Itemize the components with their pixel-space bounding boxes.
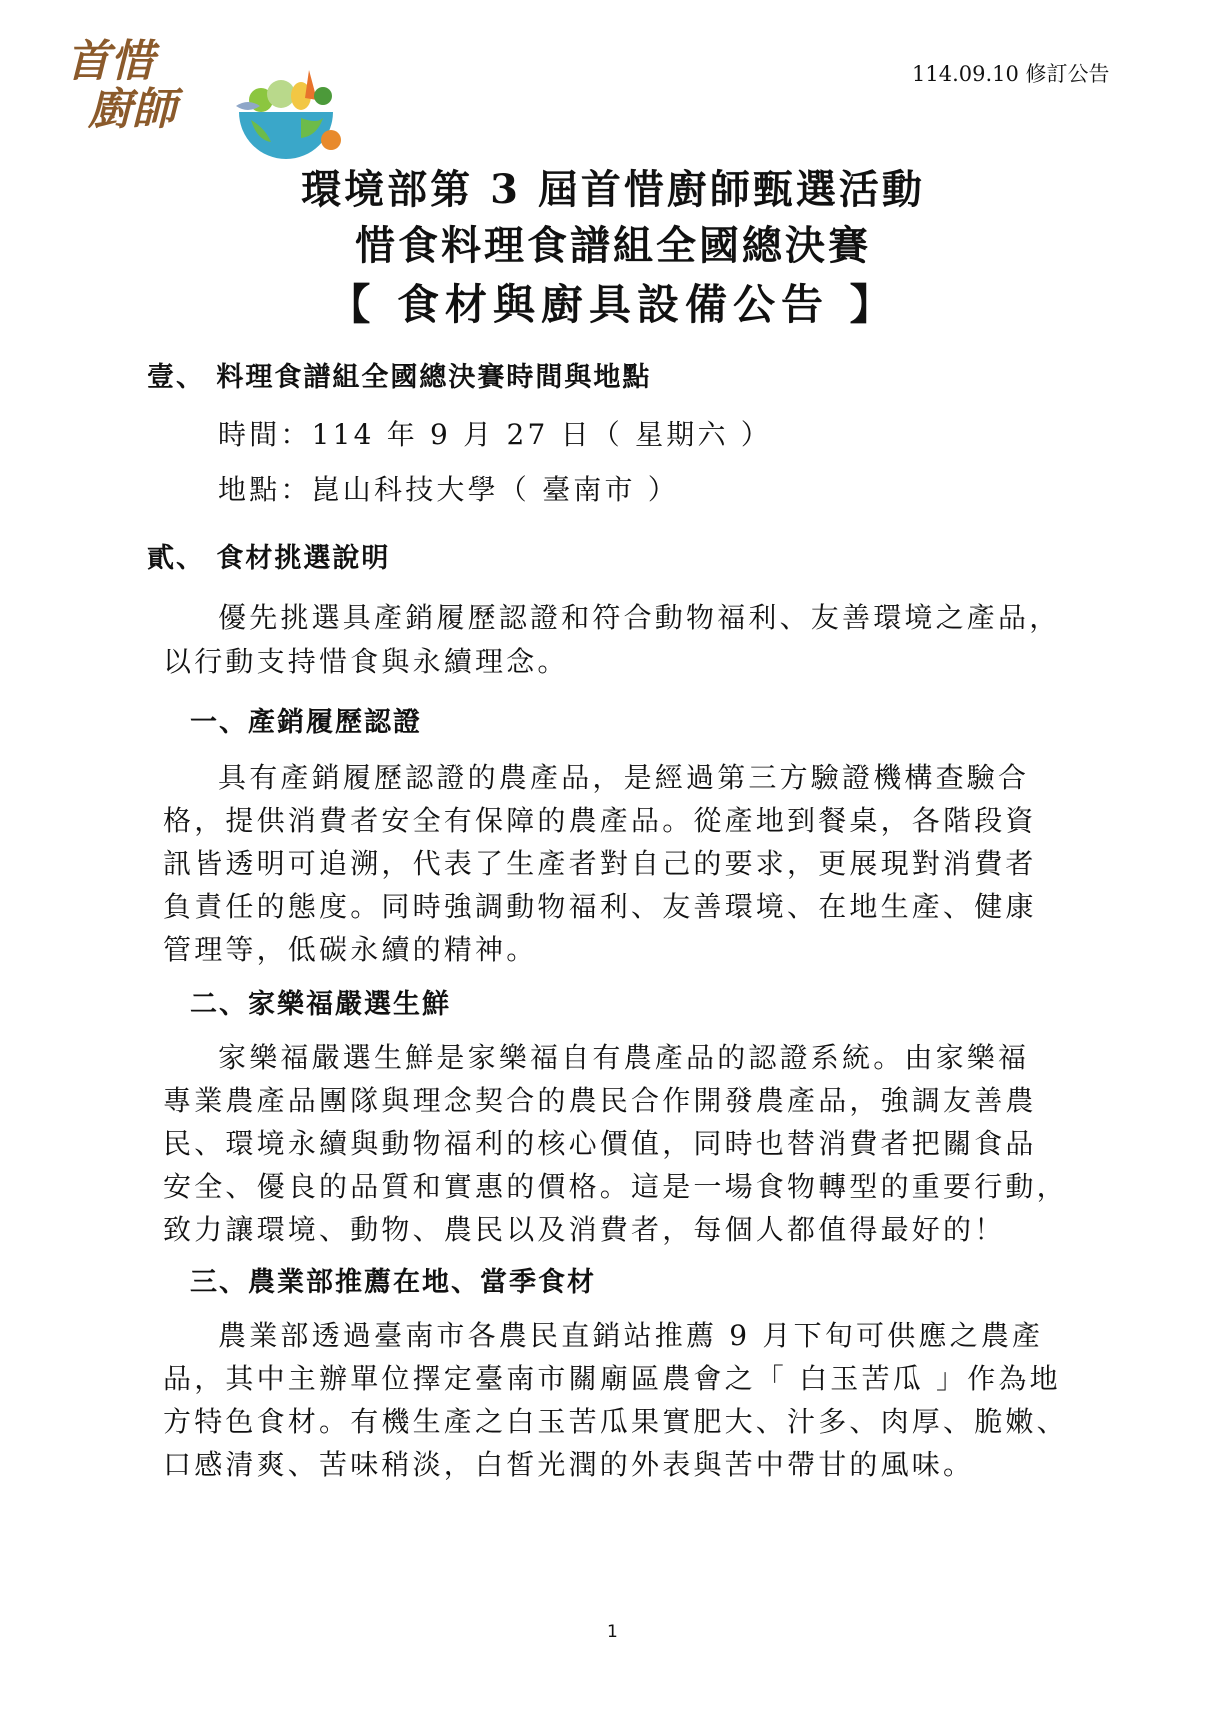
paragraph-line: 品，其中主辦單位擇定臺南市關廟區農會之「 白玉苦瓜 」作為地 (163, 1357, 1061, 1397)
event-location: 地點：崑山科技大學（ 臺南市 ） (218, 468, 679, 508)
logo-text-line1: 首惜 (66, 36, 154, 87)
paragraph-line: 安全、優良的品質和實惠的價格。這是一場食物轉型的重要行動， (163, 1165, 1068, 1205)
paragraph-line: 格，提供消費者安全有保障的農產品。從產地到餐桌，各階段資 (163, 799, 1037, 839)
logo: 首惜 廚師 (66, 38, 336, 150)
paragraph-line: 管理等，低碳永續的精神。 (163, 928, 537, 968)
subsection-heading-1: 一、產銷履歷認證 (190, 700, 422, 739)
document-title-line3: 【 食材與廚具設備公告 】 (0, 272, 1226, 332)
vegetable-bowl-icon (231, 60, 341, 170)
paragraph-line: 訊皆透明可追溯，代表了生產者對自己的要求，更展現對消費者 (163, 842, 1037, 882)
revision-note: 114.09.10 修訂公告 (912, 58, 1110, 88)
paragraph-line: 專業農產品團隊與理念契合的農民合作開發農產品，強調友善農 (163, 1079, 1037, 1119)
page-number: 1 (607, 1622, 618, 1642)
event-time: 時間：114 年 9 月 27 日（ 星期六 ） (218, 413, 772, 453)
paragraph-line: 負責任的態度。同時強調動物福利、友善環境、在地生產、健康 (163, 885, 1037, 925)
paragraph-line: 具有產銷履歷認證的農產品，是經過第三方驗證機構查驗合 (218, 756, 1029, 796)
subsection-heading-2: 二、家樂福嚴選生鮮 (190, 982, 451, 1021)
paragraph-line: 方特色食材。有機生產之白玉苦瓜果實肥大、汁多、肉厚、脆嫩、 (163, 1400, 1068, 1440)
document-title-line1: 環境部第 3 屆首惜廚師甄選活動 (0, 158, 1226, 215)
subsection-heading-3: 三、農業部推薦在地、當季食材 (190, 1260, 596, 1299)
paragraph-line: 致力讓環境、動物、農民以及消費者，每個人都值得最好的！ (163, 1208, 1005, 1248)
document-title-line2: 惜食料理食譜組全國總決賽 (0, 214, 1226, 271)
intro-line: 優先挑選具產銷履歷認證和符合動物福利、友善環境之產品， (218, 596, 1060, 636)
paragraph-line: 家樂福嚴選生鮮是家樂福自有農產品的認證系統。由家樂福 (218, 1036, 1029, 1076)
logo-wordmark: 首惜 廚師 (66, 38, 176, 134)
paragraph-line: 民、環境永續與動物福利的核心價值，同時也替消費者把關食品 (163, 1122, 1037, 1162)
section-heading-1: 壹、 料理食譜組全國總決賽時間與地點 (147, 355, 651, 394)
logo-text-line2: 廚師 (88, 86, 176, 134)
paragraph-line: 農業部透過臺南市各農民直銷站推薦 9 月下旬可供應之農產 (218, 1314, 1043, 1354)
intro-line: 以行動支持惜食與永續理念。 (163, 640, 569, 680)
section-heading-2: 貳、 食材挑選說明 (147, 536, 390, 575)
paragraph-line: 口感清爽、苦味稍淡，白皙光潤的外表與苦中帶甘的風味。 (163, 1443, 974, 1483)
